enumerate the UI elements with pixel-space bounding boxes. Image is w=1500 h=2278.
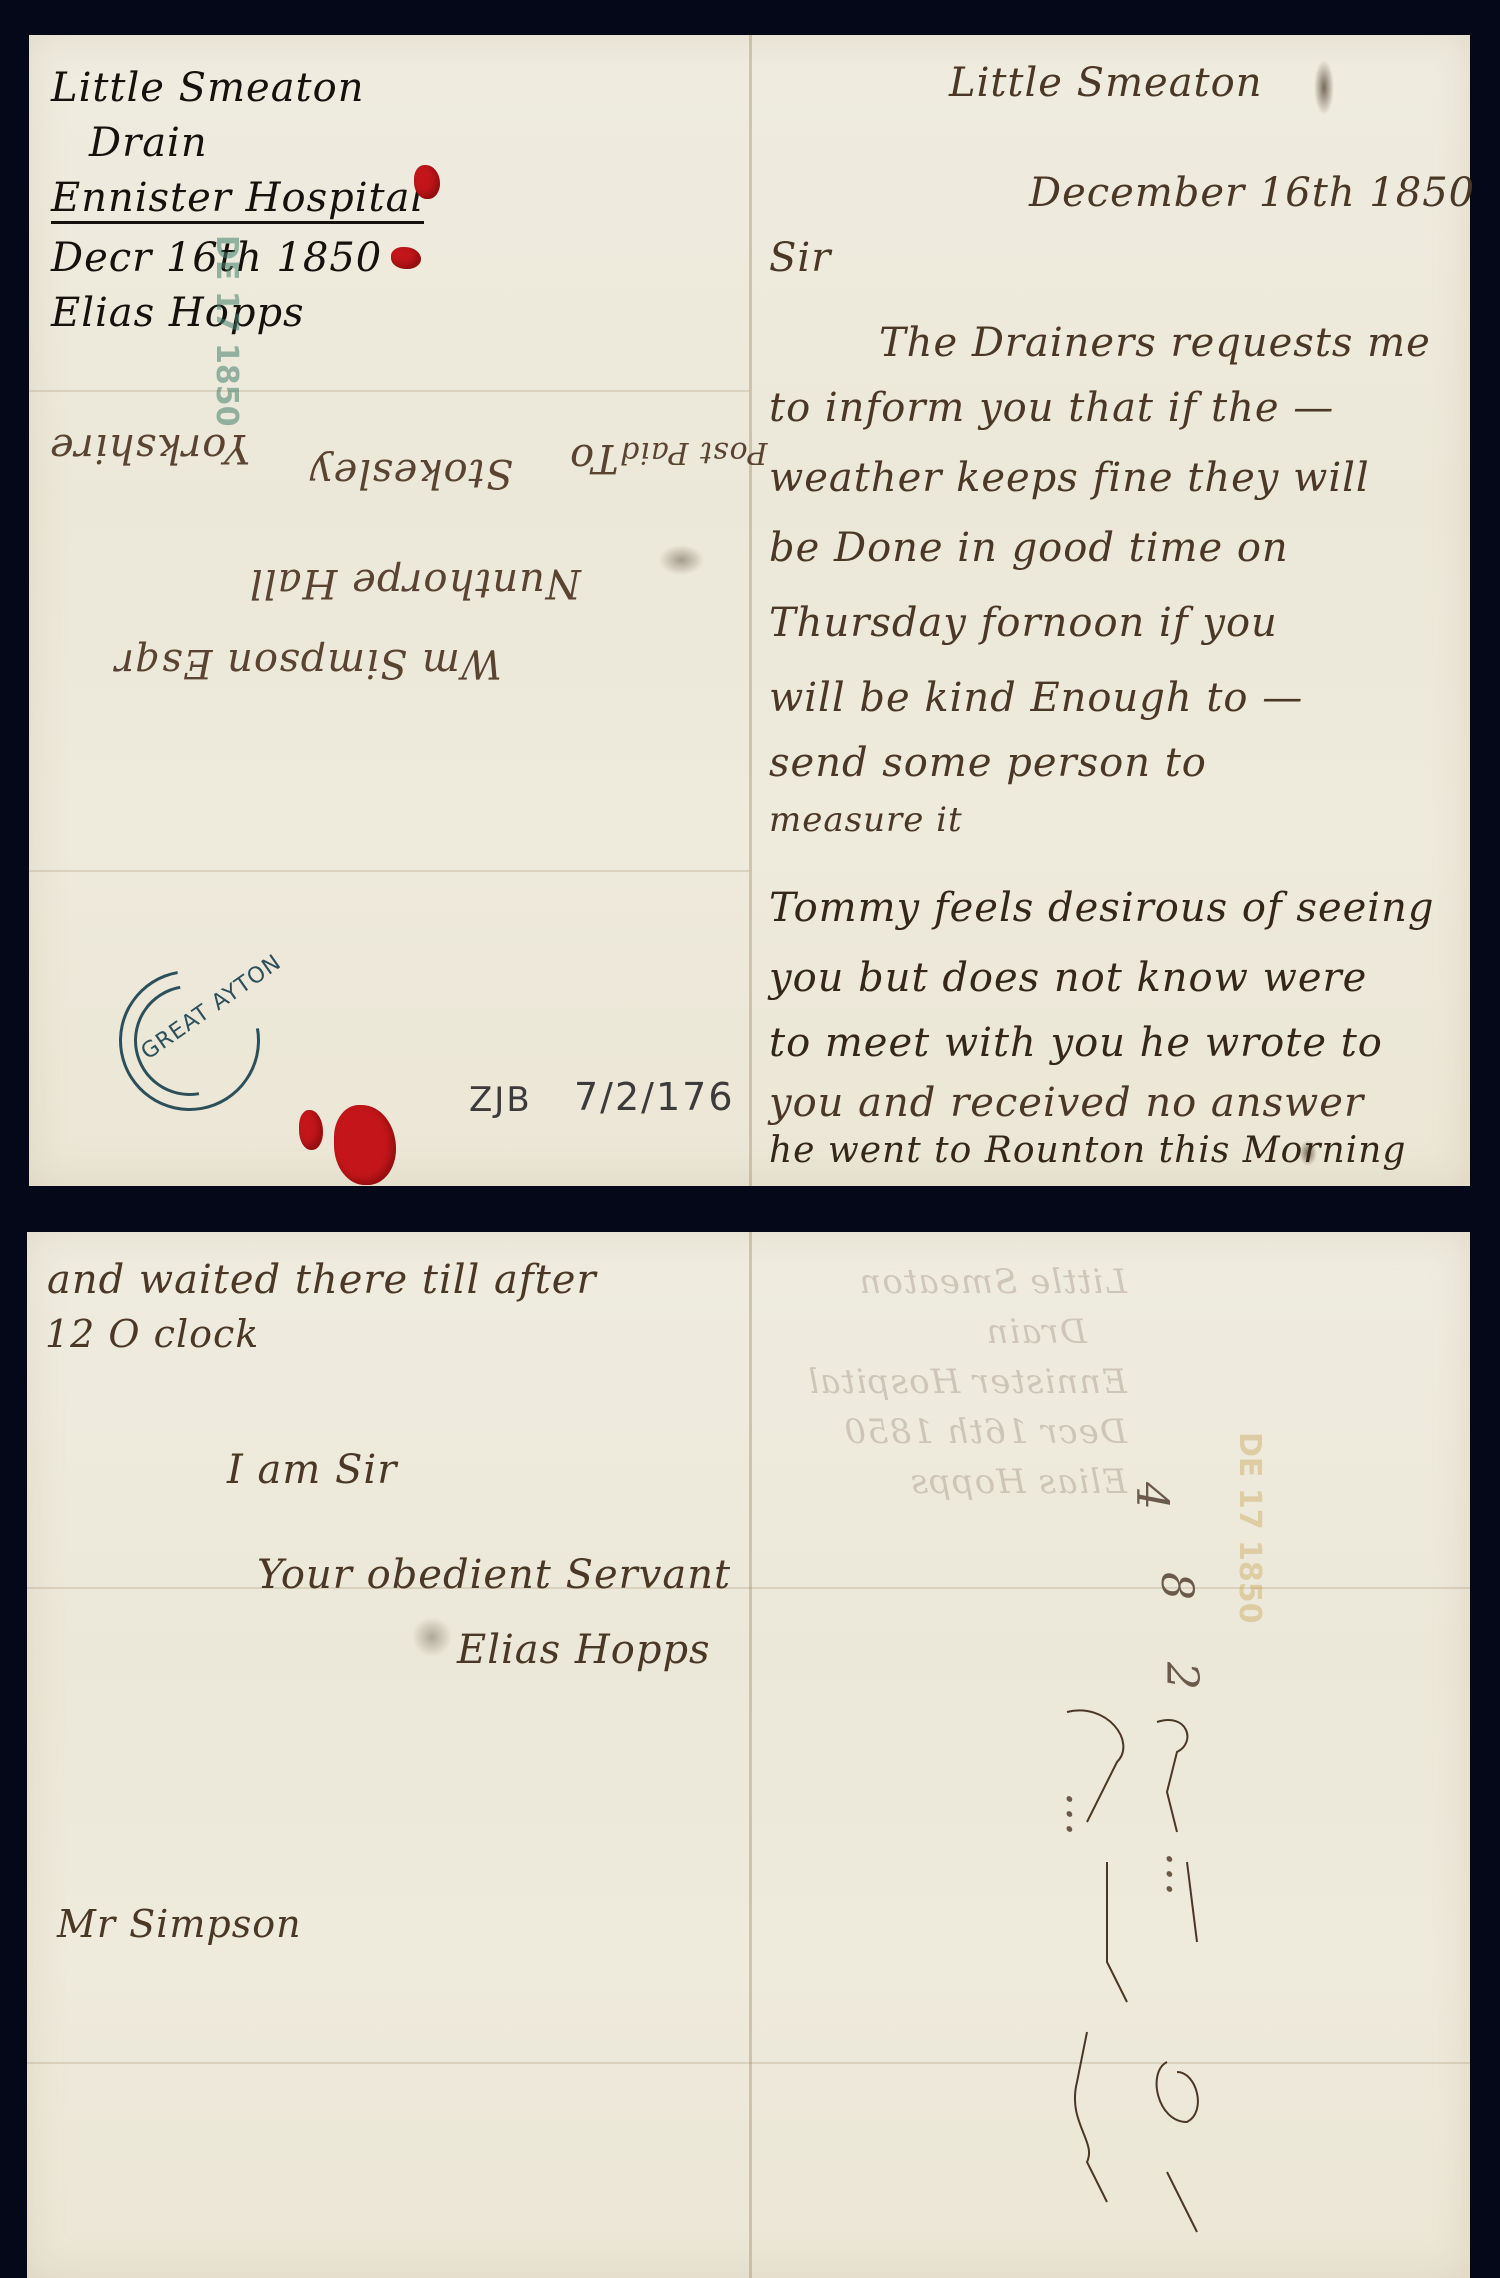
letter-line: to meet with you he wrote to	[769, 1020, 1383, 1066]
letter-sheet-1: Little Smeaton Drain Ennister Hospital D…	[29, 35, 1470, 1186]
letter-line: The Drainers requests me	[879, 320, 1431, 366]
letter-line: 12 O clock	[45, 1312, 259, 1356]
letter-line: he went to Rounton this Morning	[769, 1130, 1406, 1171]
horizontal-fold	[27, 2062, 1470, 2064]
letter-line: you but does not know were	[769, 955, 1367, 1001]
docket-line: Elias Hopps	[51, 290, 305, 336]
pencil-mark: 4	[1126, 1482, 1177, 1511]
ghost-line: Little Smeaton	[858, 1262, 1127, 1302]
address-line: Nunthorpe Hall	[249, 560, 581, 606]
archive-code: ZJB	[469, 1080, 532, 1120]
address-prefix: To	[569, 435, 619, 481]
ink-smudge	[659, 545, 704, 575]
wax-seal-fragment	[299, 1110, 323, 1150]
letter-line: Tommy feels desirous of seeing	[769, 885, 1434, 931]
letter-line: Thursday fornoon if you	[769, 600, 1278, 646]
letter-place: Little Smeaton	[949, 60, 1262, 106]
show-through-postmark: DE 17 1850	[1232, 1432, 1267, 1624]
wax-seal-fragment	[414, 165, 440, 199]
ghost-line: Decr 16th 1850	[843, 1412, 1127, 1452]
ink-smudge	[412, 1617, 452, 1657]
addressee-note: Mr Simpson	[57, 1902, 302, 1946]
letter-line: be Done in good time on	[769, 525, 1289, 571]
horizontal-fold	[29, 870, 749, 872]
letter-date: December 16th 1850	[1029, 170, 1475, 216]
letter-line: to inform you that if the —	[769, 385, 1334, 431]
closing-line: Your obedient Servant	[257, 1552, 731, 1598]
ink-smudge	[1314, 60, 1334, 115]
letter-sheet-2: and waited there till after 12 O clock I…	[27, 1232, 1470, 2278]
letter-line: send some person to	[769, 740, 1207, 786]
letter-line: you and received no answer	[769, 1080, 1364, 1126]
letter-line: will be kind Enough to —	[769, 675, 1303, 721]
wax-seal	[334, 1105, 396, 1185]
ghost-line: Drain	[985, 1312, 1087, 1352]
archive-number: 7/2/176	[574, 1075, 735, 1119]
address-line: Stokesley	[309, 450, 513, 496]
docket-line: Little Smeaton	[51, 65, 364, 111]
postage-note: Post Paid	[619, 435, 768, 470]
scribble-marks	[1047, 1702, 1247, 2262]
closing-line: I am Sir	[227, 1447, 397, 1493]
docket-line: Ennister Hospital	[51, 175, 424, 224]
horizontal-fold	[29, 390, 749, 392]
letter-line: and waited there till after	[47, 1257, 597, 1303]
ghost-line: Ennister Hospital	[807, 1362, 1127, 1402]
pencil-mark: 8	[1151, 1572, 1202, 1601]
wax-seal-fragment	[391, 247, 421, 269]
ghost-line: Elias Hopps	[910, 1462, 1127, 1502]
center-fold	[749, 35, 752, 1186]
address-line: Wm Simpson Esqr	[114, 640, 502, 686]
address-line: Yorkshire	[49, 425, 250, 471]
docket-line: Drain	[89, 120, 208, 166]
signature: Elias Hopps	[457, 1627, 711, 1673]
letter-salutation: Sir	[769, 235, 831, 281]
letter-line: measure it	[769, 800, 963, 840]
center-fold	[749, 1232, 752, 2278]
green-date-postmark: DE 17 1850	[209, 235, 244, 427]
letter-line: weather keeps fine they will	[769, 455, 1370, 501]
pencil-mark: 2	[1156, 1662, 1207, 1691]
